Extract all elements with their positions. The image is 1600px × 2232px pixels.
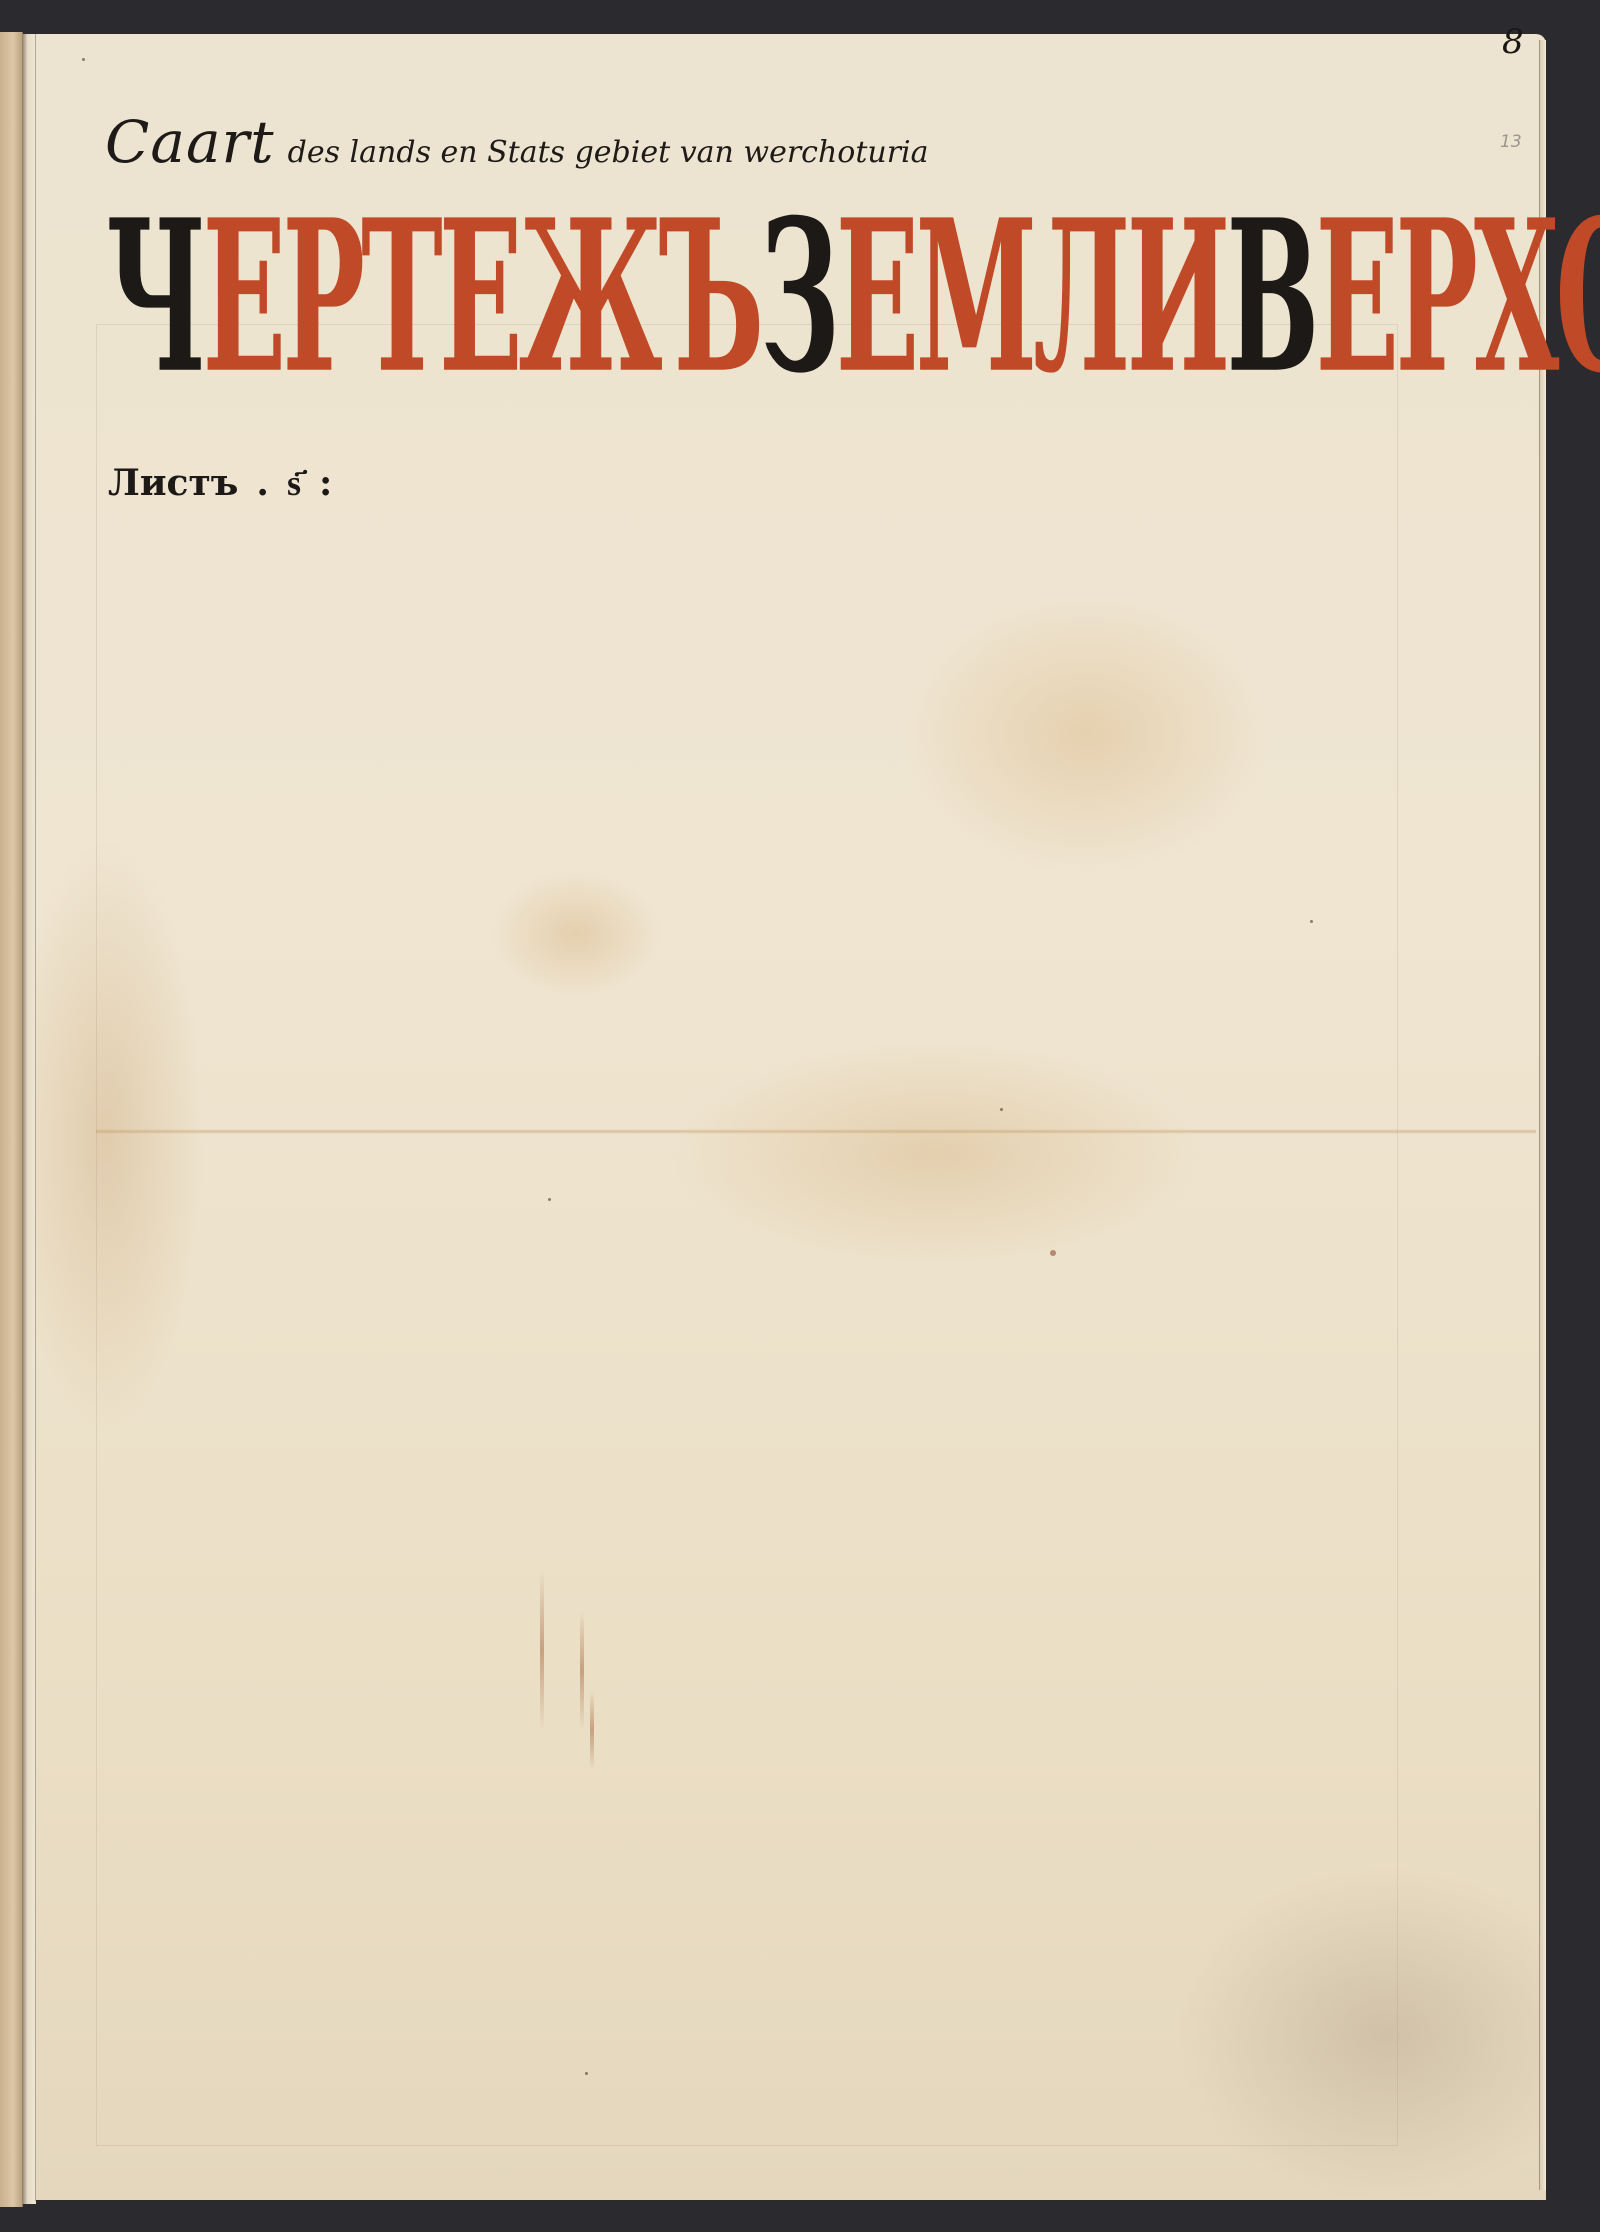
manuscript-scan: 8 13 Caart des lands en Stats gebiet van… xyxy=(0,0,1600,2232)
previous-leaf-edge xyxy=(0,32,23,2207)
title-glyph: Е xyxy=(1315,193,1395,402)
title-glyph: Р xyxy=(1395,193,1474,402)
ink-stain-streak xyxy=(580,1610,584,1730)
title-glyph: Х xyxy=(1474,193,1555,402)
binding-gutter xyxy=(22,34,36,2204)
sheet-terminator: : xyxy=(319,462,332,504)
sheet-number: ѕ҃ xyxy=(287,462,301,504)
paper-speck xyxy=(1310,920,1313,923)
title-glyph: М xyxy=(915,193,1033,402)
faint-map-frame xyxy=(96,324,1398,2146)
ink-stain-streak xyxy=(590,1690,594,1770)
sheet-word: Листъ xyxy=(108,462,238,504)
ink-stain-streak xyxy=(540,1570,544,1730)
caption-lead-word: Caart xyxy=(105,108,275,176)
title-glyph: В xyxy=(1226,193,1315,402)
title-glyph: Л xyxy=(1033,193,1126,402)
vyaz-title: ЧЕРТЕЖЪЗЕМЛИВЕРХОТУРСКАГОГОРОДА xyxy=(106,196,1326,416)
caption-text: des lands en Stats gebiet van werchoturi… xyxy=(288,135,929,170)
horizontal-fold-stain xyxy=(96,1129,1536,1134)
paper-speck xyxy=(82,58,85,61)
paper-speck xyxy=(1000,1108,1003,1111)
title-glyph: Е xyxy=(836,193,916,402)
title-glyph: Ъ xyxy=(659,193,760,402)
title-glyph: Т xyxy=(361,193,439,402)
title-glyph: Е xyxy=(202,193,282,402)
title-glyph: З xyxy=(760,193,835,402)
sheet-separator: . xyxy=(256,462,269,504)
dutch-caption: Caart des lands en Stats gebiet van werc… xyxy=(105,108,929,176)
folio-number-ink: 8 xyxy=(1502,22,1524,62)
paper-speck xyxy=(1050,1250,1056,1256)
title-glyph: Ч xyxy=(106,193,202,402)
paper-speck xyxy=(548,1198,551,1201)
title-glyph: Е xyxy=(439,193,519,402)
folio-number-pencil: 13 xyxy=(1500,132,1522,152)
title-glyph: Ж xyxy=(519,193,659,402)
title-glyph: И xyxy=(1127,193,1227,402)
title-glyph: О xyxy=(1555,193,1600,402)
title-glyph: Р xyxy=(282,193,361,402)
paper-speck xyxy=(585,2072,588,2075)
sheet-label: Листъ.ѕ҃: xyxy=(108,462,350,504)
